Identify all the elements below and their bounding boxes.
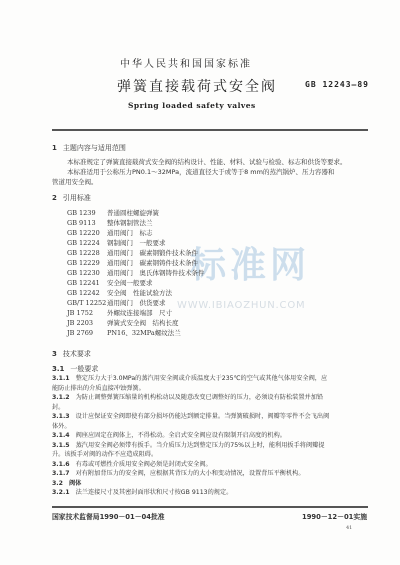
page-number: 41 bbox=[346, 525, 352, 531]
reference-item: GB 12241安全阀一般要求 bbox=[67, 278, 205, 288]
clause-3-2-1: 3.2.1法兰连接尺寸及其密封面形状和尺寸按GB 9113的规定。 bbox=[52, 488, 372, 498]
reference-item: GB 12242安全阀 性能试验方法 bbox=[67, 288, 205, 298]
clause-3-1-2: 3.1.2为防止调整弹簧压缩量的机构松动以及随意改变已调整好的压力，必须设有防松… bbox=[52, 393, 372, 403]
header-divider bbox=[52, 129, 368, 131]
reference-list: GB 1239普通圆柱螺旋弹簧 GB 9113整体钢制管法兰 GB 12220通… bbox=[67, 208, 205, 338]
section-3-1-items: 3.1.1整定压力大于3.0MPa的蒸汽用安全阀或介质温度大于235℃的空气或其… bbox=[52, 374, 372, 498]
clause-3-1-1: 3.1.1整定压力大于3.0MPa的蒸汽用安全阀或介质温度大于235℃的空气或其… bbox=[52, 374, 372, 384]
section-3-2-heading: 3.2阀体 bbox=[52, 479, 372, 489]
national-standard-label: 中华人民共和国国家标准 bbox=[120, 55, 252, 70]
section-1-para-2: 本标准适用于公称压力PN0.1～32MPa，流道直径大于或等于8 mm的蒸汽锅炉… bbox=[67, 167, 334, 177]
reference-item: GB 12224钢制阀门 一般要求 bbox=[67, 238, 205, 248]
reference-item: JB 2769PN16、32MPa螺纹法兰 bbox=[67, 328, 205, 338]
clause-3-1-5: 3.1.5蒸汽用安全阀必须带有扳手。当介质压力达到整定压力的75%以上时，能利用… bbox=[52, 441, 372, 451]
clause-3-1-1-cont: 能防止排出的介质直接冲蚀弹簧。 bbox=[52, 384, 372, 394]
clause-3-1-5-cont: 升。该扳手对阀的动作不应造成阻碍。 bbox=[52, 450, 372, 460]
approval-date: 国家技术监督局1990－01－04批准 bbox=[52, 511, 165, 521]
document-title-en: Spring loaded safety valves bbox=[128, 101, 256, 110]
reference-item: GB 12230通用阀门 奥氏体钢铸件技术条件 bbox=[67, 268, 205, 278]
clause-3-1-4: 3.1.4阀座应固定在阀体上，不得松动。全启式安全阀应设有限制开启高度的机构。 bbox=[52, 431, 372, 441]
section-1-para-1: 本标准规定了弹簧直接载荷式安全阀的结构设计、性能、材料、试验与检验、标志和供货等… bbox=[67, 157, 347, 167]
watermark-text: 标准网 bbox=[190, 237, 310, 288]
section-1-para-2-cont: 管道用安全阀。 bbox=[52, 177, 98, 187]
reference-item: GB/T 12252通用阀门 供货要求 bbox=[67, 298, 205, 308]
clause-3-1-2-cont: 封。 bbox=[52, 403, 372, 413]
effective-date: 1990－12－01实施 bbox=[302, 511, 367, 521]
footer-divider bbox=[52, 506, 368, 508]
standard-number: GB 12243—89 bbox=[305, 80, 369, 89]
section-1-heading: 1主题内容与适用范围 bbox=[52, 143, 126, 153]
reference-item: GB 12228通用阀门 碳素钢锻件技术条件 bbox=[67, 248, 205, 258]
section-2-heading: 2引用标准 bbox=[52, 193, 91, 203]
section-3-heading: 3技术要求 bbox=[52, 349, 91, 359]
reference-item: JB 2203弹簧式安全阀 结构长度 bbox=[67, 318, 205, 328]
reference-item: GB 1239普通圆柱螺旋弹簧 bbox=[67, 208, 205, 218]
clause-3-1-3-cont: 体外。 bbox=[52, 422, 372, 432]
clause-3-1-3: 3.1.3设计应保证安全阀即使有部分损坏仍能达到额定排量。当弹簧破损时，阀瓣等零… bbox=[52, 412, 372, 422]
reference-item: JB 1752外螺纹连接端部 尺寸 bbox=[67, 308, 205, 318]
section-3-1-heading: 3.1一般要求 bbox=[52, 364, 98, 374]
reference-item: GB 9113整体钢制管法兰 bbox=[67, 218, 205, 228]
clause-3-1-6: 3.1.6有毒或可燃性介质用安全阀必须是封闭式安全阀。 bbox=[52, 460, 372, 470]
document-title-cn: 弹簧直接载荷式安全阀 bbox=[117, 76, 277, 96]
reference-item: GB 12220通用阀门 标志 bbox=[67, 228, 205, 238]
reference-item: GB 12229通用阀门 碳素钢铸件技术条件 bbox=[67, 258, 205, 268]
clause-3-1-7: 3.1.7对有附加背压力的安全阀，应根据其背压力的大小和变动情况，设置背压平衡机… bbox=[52, 469, 372, 479]
